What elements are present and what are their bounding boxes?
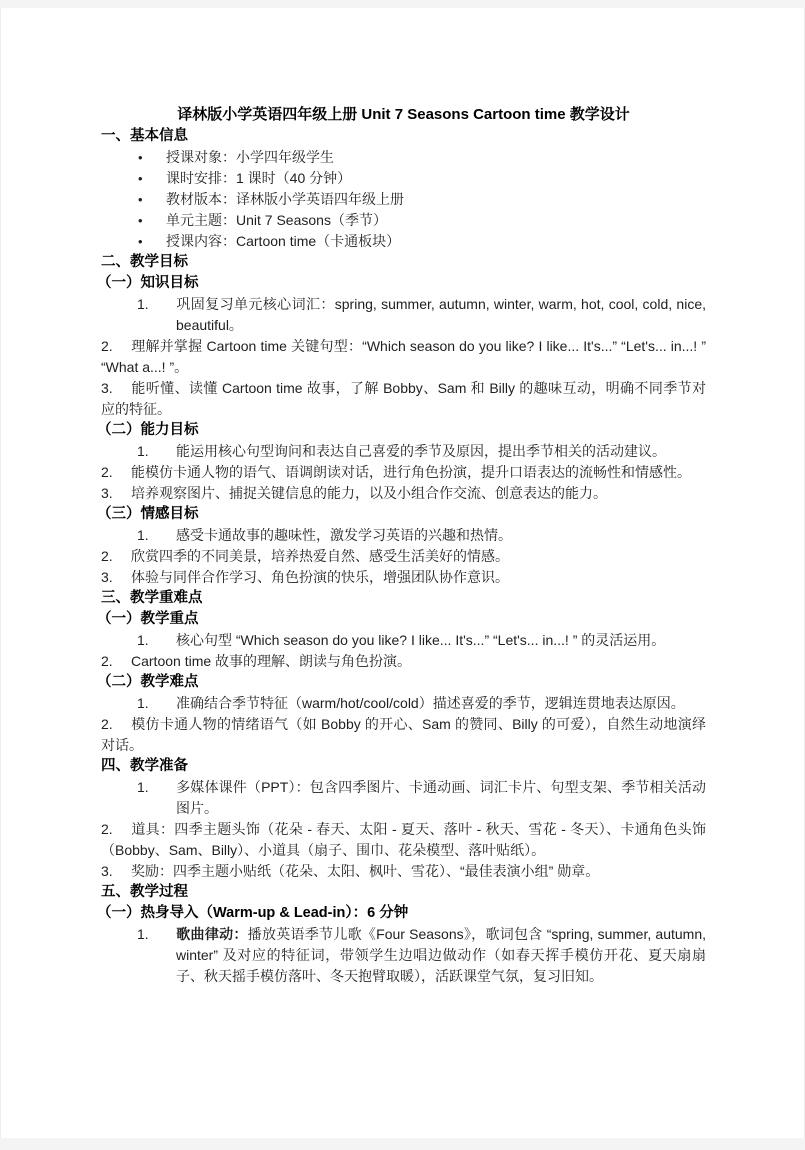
- list-item-number: 1.: [137, 294, 176, 315]
- bullet-text: 授课对象：小学四年级学生: [166, 149, 334, 165]
- heading-warmup: （一）热身导入（Warm-up & Lead-in）：6 分钟: [97, 903, 706, 924]
- bullet-icon: •: [138, 189, 166, 210]
- list-item-number: 3.: [101, 378, 131, 399]
- heading-key-points: 三、教学重难点: [101, 588, 706, 609]
- list-item: 2.Cartoon time 故事的理解、朗读与角色扮演。: [101, 651, 706, 672]
- list-item-number: 1.: [137, 777, 176, 798]
- list-item-number: 1.: [137, 441, 176, 462]
- list-item: 1.巩固复习单元核心词汇：spring, summer, autumn, win…: [137, 294, 706, 336]
- list-item-text: 培养观察图片、捕捉关键信息的能力，以及小组合作交流、创意表达的能力。: [131, 485, 607, 501]
- bullet-item-audience: •授课对象：小学四年级学生: [138, 147, 706, 168]
- bullet-icon: •: [138, 210, 166, 231]
- list-item-number: 3.: [101, 861, 131, 882]
- bullet-item-textbook: •教材版本：译林版小学英语四年级上册: [138, 189, 706, 210]
- document-page: 译林版小学英语四年级上册 Unit 7 Seasons Cartoon time…: [0, 8, 805, 1138]
- list-item-label: 歌曲律动：: [176, 926, 248, 942]
- list-item-text: 能听懂、读懂 Cartoon time 故事，了解 Bobby、Sam 和 Bi…: [101, 380, 706, 417]
- list-item-number: 3.: [101, 483, 131, 504]
- list-item-text: 理解并掌握 Cartoon time 关键句型：“Which season do…: [101, 338, 706, 375]
- list-item-text: 核心句型 “Which season do you like? I like..…: [176, 632, 665, 648]
- list-item-number: 1.: [137, 630, 176, 651]
- document-canvas: 译林版小学英语四年级上册 Unit 7 Seasons Cartoon time…: [0, 8, 805, 1150]
- list-item: 2.欣赏四季的不同美景，培养热爱自然、感受生活美好的情感。: [101, 546, 706, 567]
- list-item-text: 奖励：四季主题小贴纸（花朵、太阳、枫叶、雪花）、“最佳表演小组” 勋章。: [131, 863, 599, 879]
- heading-preparation: 四、教学准备: [101, 756, 706, 777]
- list-item: 1.核心句型 “Which season do you like? I like…: [137, 630, 706, 651]
- list-item: 2.理解并掌握 Cartoon time 关键句型：“Which season …: [101, 336, 706, 378]
- list-item-text: 巩固复习单元核心词汇：spring, summer, autumn, winte…: [176, 296, 706, 333]
- bullet-text: 教材版本：译林版小学英语四年级上册: [166, 191, 404, 207]
- list-item: 2.道具：四季主题头饰（花朵 - 春天、太阳 - 夏天、落叶 - 秋天、雪花 -…: [101, 819, 706, 861]
- heading-objectives: 二、教学目标: [101, 252, 706, 273]
- list-item: 1.准确结合季节特征（warm/hot/cool/cold）描述喜爱的季节，逻辑…: [137, 693, 706, 714]
- list-item: 3.奖励：四季主题小贴纸（花朵、太阳、枫叶、雪花）、“最佳表演小组” 勋章。: [101, 861, 706, 882]
- list-item-text: 多媒体课件（PPT）：包含四季图片、卡通动画、词汇卡片、句型支架、季节相关活动图…: [176, 779, 706, 816]
- list-item-number: 2.: [101, 546, 131, 567]
- bullet-item-content: •授课内容：Cartoon time（卡通板块）: [138, 231, 706, 252]
- heading-teaching-difficulties: （二）教学难点: [97, 672, 706, 693]
- list-item: 1.歌曲律动：播放英语季节儿歌《Four Seasons》，歌词包含 “spri…: [137, 924, 706, 987]
- heading-teaching-focus: （一）教学重点: [97, 609, 706, 630]
- list-item-number: 1.: [137, 693, 176, 714]
- list-item: 2.模仿卡通人物的情绪语气（如 Bobby 的开心、Sam 的赞同、Billy …: [101, 714, 706, 756]
- list-item-number: 2.: [101, 336, 131, 357]
- list-item-number: 2.: [101, 462, 131, 483]
- bullet-icon: •: [138, 147, 166, 168]
- list-item-text: 欣赏四季的不同美景，培养热爱自然、感受生活美好的情感。: [131, 548, 509, 564]
- list-item: 3.培养观察图片、捕捉关键信息的能力，以及小组合作交流、创意表达的能力。: [101, 483, 706, 504]
- list-item-number: 3.: [101, 567, 131, 588]
- list-item: 3.能听懂、读懂 Cartoon time 故事，了解 Bobby、Sam 和 …: [101, 378, 706, 420]
- list-item-number: 2.: [101, 714, 131, 735]
- list-item-number: 1.: [137, 924, 176, 945]
- list-item-text: 能运用核心句型询问和表达自己喜爱的季节及原因，提出季节相关的活动建议。: [176, 443, 666, 459]
- bullet-text: 授课内容：Cartoon time（卡通板块）: [166, 233, 400, 249]
- heading-knowledge-goals: （一）知识目标: [97, 273, 706, 294]
- bullet-icon: •: [138, 231, 166, 252]
- document-title: 译林版小学英语四年级上册 Unit 7 Seasons Cartoon time…: [101, 104, 706, 126]
- list-item-text: 准确结合季节特征（warm/hot/cool/cold）描述喜爱的季节，逻辑连贯…: [176, 695, 685, 711]
- heading-emotion-goals: （三）情感目标: [97, 504, 706, 525]
- list-item-text: 体验与同伴合作学习、角色扮演的快乐，增强团队协作意识。: [131, 569, 509, 585]
- list-item: 1.感受卡通故事的趣味性，激发学习英语的兴趣和热情。: [137, 525, 706, 546]
- list-item-text: 播放英语季节儿歌《Four Seasons》，歌词包含 “spring, sum…: [176, 926, 706, 984]
- list-item-text: 模仿卡通人物的情绪语气（如 Bobby 的开心、Sam 的赞同、Billy 的可…: [101, 716, 706, 753]
- bullet-text: 单元主题：Unit 7 Seasons（季节）: [166, 212, 387, 228]
- bullet-item-schedule: •课时安排：1 课时（40 分钟）: [138, 168, 706, 189]
- heading-process: 五、教学过程: [101, 882, 706, 903]
- heading-basic-info: 一、基本信息: [101, 126, 706, 147]
- list-item-text: 能模仿卡通人物的语气、语调朗读对话，进行角色扮演，提升口语表达的流畅性和情感性。: [131, 464, 691, 480]
- list-item: 1.多媒体课件（PPT）：包含四季图片、卡通动画、词汇卡片、句型支架、季节相关活…: [137, 777, 706, 819]
- bullet-item-unit-theme: •单元主题：Unit 7 Seasons（季节）: [138, 210, 706, 231]
- list-item-text: 道具：四季主题头饰（花朵 - 春天、太阳 - 夏天、落叶 - 秋天、雪花 - 冬…: [101, 821, 706, 858]
- heading-ability-goals: （二）能力目标: [97, 420, 706, 441]
- list-item: 3.体验与同伴合作学习、角色扮演的快乐，增强团队协作意识。: [101, 567, 706, 588]
- list-item-number: 1.: [137, 525, 176, 546]
- bullet-text: 课时安排：1 课时（40 分钟）: [166, 170, 351, 186]
- bullet-icon: •: [138, 168, 166, 189]
- list-item: 2.能模仿卡通人物的语气、语调朗读对话，进行角色扮演，提升口语表达的流畅性和情感…: [101, 462, 706, 483]
- list-item-text: 感受卡通故事的趣味性，激发学习英语的兴趣和热情。: [176, 527, 512, 543]
- list-item-number: 2.: [101, 819, 131, 840]
- list-item-text: Cartoon time 故事的理解、朗读与角色扮演。: [131, 653, 411, 669]
- list-item-number: 2.: [101, 651, 131, 672]
- list-item: 1.能运用核心句型询问和表达自己喜爱的季节及原因，提出季节相关的活动建议。: [137, 441, 706, 462]
